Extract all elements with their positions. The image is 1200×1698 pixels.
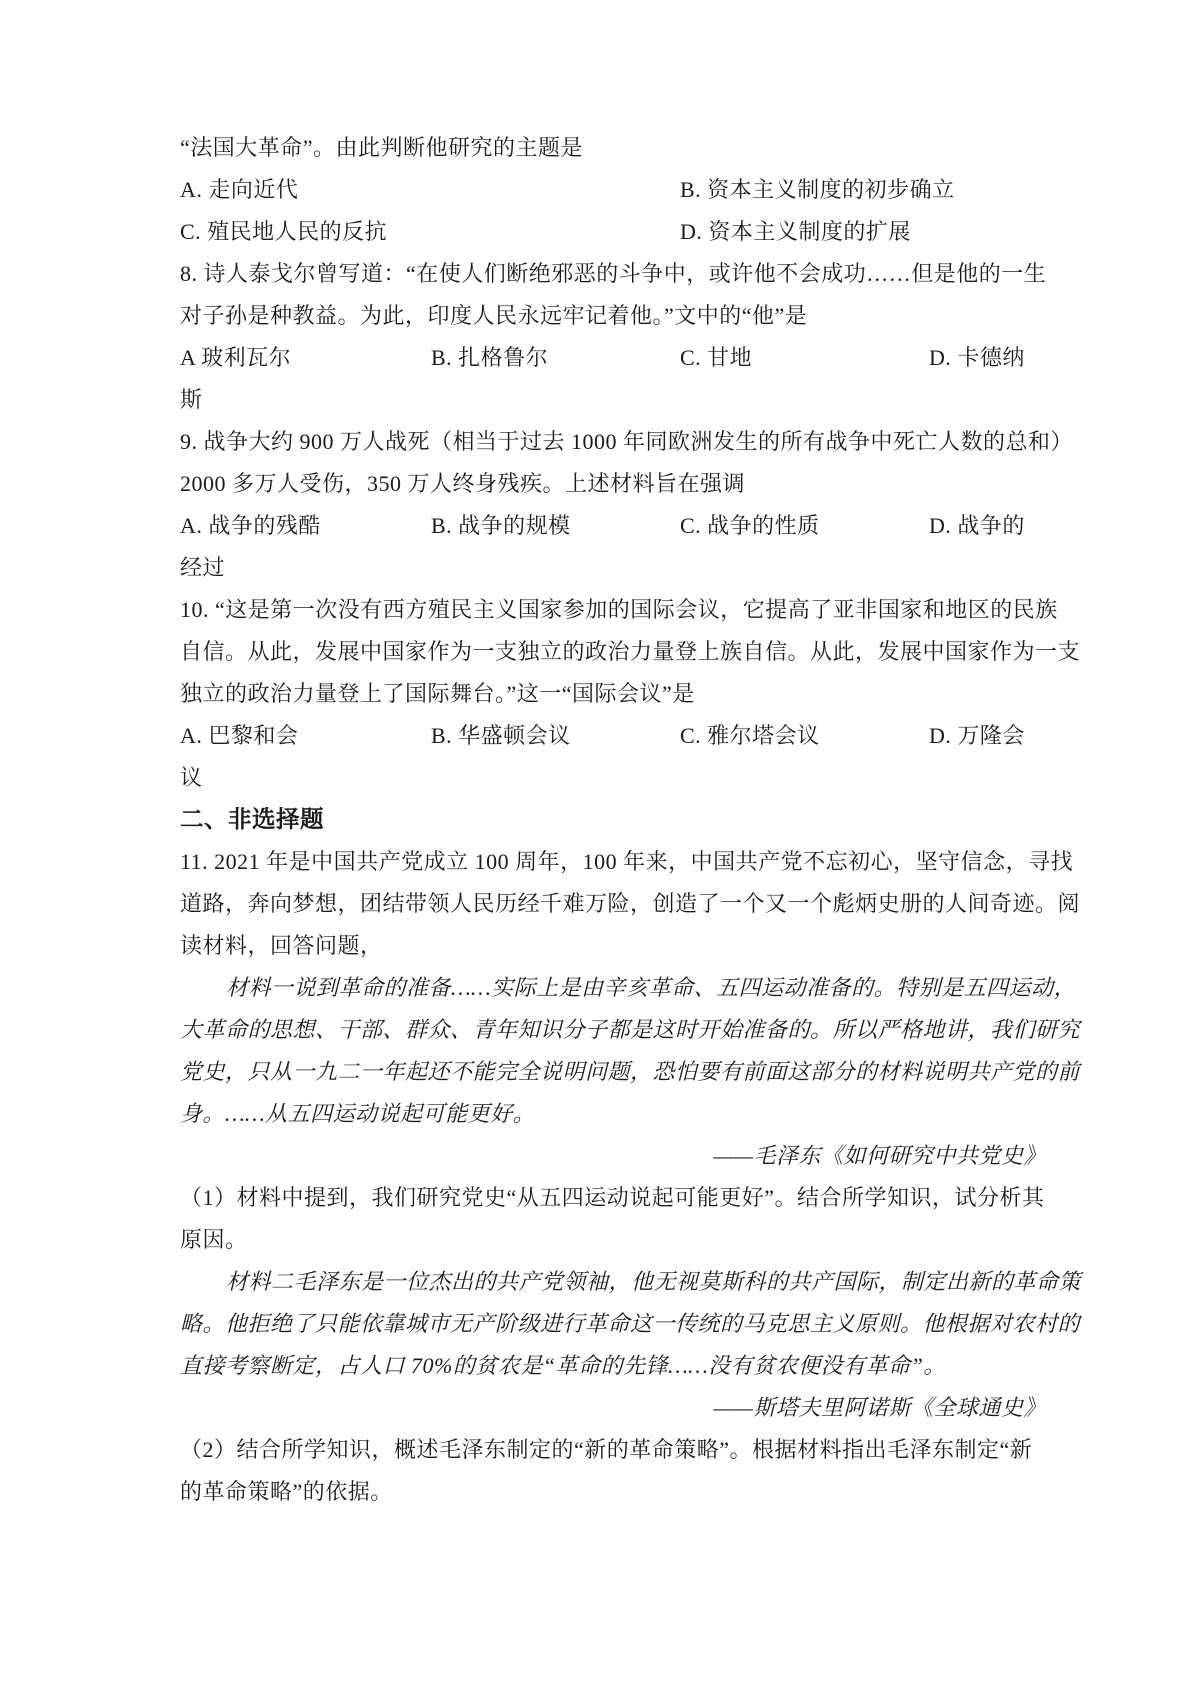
q10-option-d-wrap: 议 <box>180 757 1046 799</box>
q8-options-row-option-A: A 玻利瓦尔 <box>180 337 291 379</box>
q8-option-d-wrap: 斯 <box>180 379 1046 421</box>
section-heading: 二、非选择题 <box>180 799 1046 841</box>
q10-stem-line-3: 独立的政治力量登上了国际舞台。”这一“国际会议”是 <box>180 673 1046 715</box>
q9-stem-line-1: 9. 战争大约 900 万人战死（相当于过去 1000 年同欧洲发生的所有战争中… <box>180 421 1046 463</box>
q11-intro-line-1: 11. 2021 年是中国共产党成立 100 周年，100 年来，中国共产党不忘… <box>180 841 1046 883</box>
q11-material1-line-1: 材料一说到革命的准备……实际上是由辛亥革命、五四运动准备的。特别是五四运动， <box>180 967 1046 1009</box>
q10-options-row: A. 巴黎和会B. 华盛顿会议C. 雅尔塔会议D. 万隆会 <box>180 715 1046 757</box>
q8-options-row-option-D: D. 卡德纳 <box>929 337 1025 379</box>
q9-option-d-wrap: 经过 <box>180 547 1046 589</box>
q11-material1-line-3: 党史，只从一九二一年起还不能完全说明问题，恐怕要有前面这部分的材料说明共产党的前 <box>180 1051 1046 1093</box>
q9-options-row-option-B: B. 战争的规模 <box>431 505 571 547</box>
q9-stem-line-2: 2000 多万人受伤，350 万人终身残疾。上述材料旨在强调 <box>180 463 1046 505</box>
q11-subquestion1-line-1: （1）材料中提到，我们研究党史“从五四运动说起可能更好”。结合所学知识，试分析其 <box>180 1177 1046 1219</box>
q11-subquestion2-line-2: 的革命策略”的依据。 <box>180 1471 1046 1513</box>
q9-options-row: A. 战争的残酷B. 战争的规模C. 战争的性质D. 战争的 <box>180 505 1046 547</box>
q10-options-row-option-B: B. 华盛顿会议 <box>431 715 571 757</box>
q11-material1-line-4: 身。……从五四运动说起可能更好。 <box>180 1093 1046 1135</box>
q11-material2-source: ——斯塔夫里阿诺斯《全球通史》 <box>180 1387 1046 1429</box>
q11-material1-line-2: 大革命的思想、干部、群众、青年知识分子都是这时开始准备的。所以严格地讲，我们研究 <box>180 1009 1046 1051</box>
q7-stem-continuation: “法国大革命”。由此判断他研究的主题是 <box>180 127 1046 169</box>
q10-options-row-option-A: A. 巴黎和会 <box>180 715 298 757</box>
q9-options-row-option-C: C. 战争的性质 <box>680 505 820 547</box>
q7-options-row-1-option-B: B. 资本主义制度的初步确立 <box>680 169 955 211</box>
q7-options-row-2-option-A: C. 殖民地人民的反抗 <box>180 211 387 253</box>
q11-material2-line-2: 略。他拒绝了只能依靠城市无产阶级进行革命这一传统的马克思主义原则。他根据对农村的 <box>180 1303 1046 1345</box>
q7-options-row-2-option-B: D. 资本主义制度的扩展 <box>680 211 911 253</box>
q7-options-row-1-option-A: A. 走向近代 <box>180 169 298 211</box>
q11-subquestion2-line-1: （2）结合所学知识，概述毛泽东制定的“新的革命策略”。根据材料指出毛泽东制定“新 <box>180 1429 1046 1471</box>
q11-material2-line-3: 直接考察断定，占人口 70%的贫农是“革命的先锋……没有贫农便没有革命”。 <box>180 1345 1046 1387</box>
q7-options-row-1: A. 走向近代B. 资本主义制度的初步确立 <box>180 169 1046 211</box>
q11-material2-line-1: 材料二毛泽东是一位杰出的共产党领袖，他无视莫斯科的共产国际，制定出新的革命策 <box>180 1261 1046 1303</box>
document-content: “法国大革命”。由此判断他研究的主题是A. 走向近代B. 资本主义制度的初步确立… <box>180 127 1046 1513</box>
exam-document-page: “法国大革命”。由此判断他研究的主题是A. 走向近代B. 资本主义制度的初步确立… <box>0 0 1200 1698</box>
q10-stem-line-1: 10. “这是第一次没有西方殖民主义国家参加的国际会议，它提高了亚非国家和地区的… <box>180 589 1046 631</box>
q8-options-row-option-C: C. 甘地 <box>680 337 752 379</box>
q8-stem-line-1: 8. 诗人泰戈尔曾写道：“在使人们断绝邪恶的斗争中，或许他不会成功……但是他的一… <box>180 253 1046 295</box>
q9-options-row-option-D: D. 战争的 <box>929 505 1025 547</box>
q11-material1-source: ——毛泽东《如何研究中共党史》 <box>180 1135 1046 1177</box>
q11-intro-line-2: 道路，奔向梦想，团结带领人民历经千难万险，创造了一个又一个彪炳史册的人间奇迹。阅 <box>180 883 1046 925</box>
q8-stem-line-2: 对子孙是种教益。为此，印度人民永远牢记着他。”文中的“他”是 <box>180 295 1046 337</box>
q10-stem-line-2: 自信。从此，发展中国家作为一支独立的政治力量登上族自信。从此，发展中国家作为一支 <box>180 631 1046 673</box>
q9-options-row-option-A: A. 战争的残酷 <box>180 505 321 547</box>
q10-options-row-option-D: D. 万隆会 <box>929 715 1025 757</box>
q11-subquestion1-line-2: 原因。 <box>180 1219 1046 1261</box>
q10-options-row-option-C: C. 雅尔塔会议 <box>680 715 820 757</box>
q8-options-row: A 玻利瓦尔B. 扎格鲁尔C. 甘地D. 卡德纳 <box>180 337 1046 379</box>
q11-intro-line-3: 读材料，回答问题， <box>180 925 1046 967</box>
q7-options-row-2: C. 殖民地人民的反抗D. 资本主义制度的扩展 <box>180 211 1046 253</box>
q8-options-row-option-B: B. 扎格鲁尔 <box>431 337 548 379</box>
